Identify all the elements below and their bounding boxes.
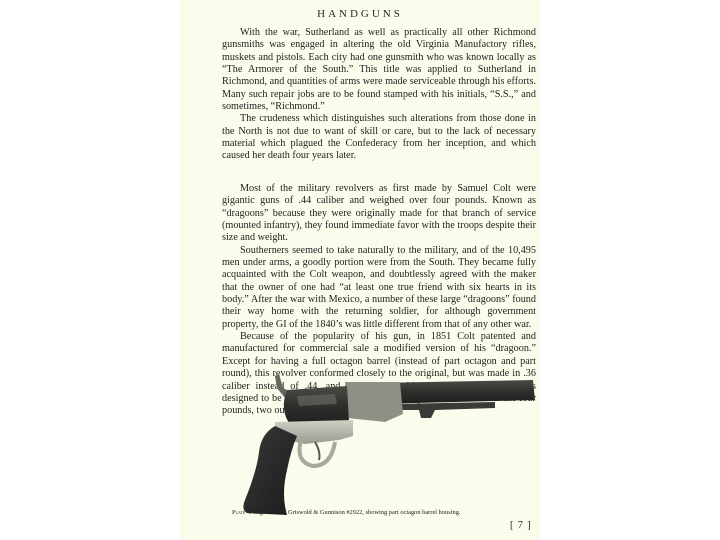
- running-head: HANDGUNS: [180, 8, 540, 20]
- plate-caption-text: Right side of Griswold & Gunnison #2922,…: [253, 509, 460, 516]
- paragraph: Southerners seemed to take naturally to …: [222, 245, 536, 331]
- paragraph: With the war, Sutherland as well as prac…: [222, 27, 536, 113]
- revolver-photo: [235, 370, 535, 520]
- page-number: [ 7 ]: [510, 520, 532, 531]
- plate-caption: Plate 4. Right side of Griswold & Gunnis…: [232, 509, 538, 516]
- plate-label: Plate 4.: [232, 509, 252, 516]
- book-page: HANDGUNS With the war, Sutherland as wel…: [180, 0, 540, 540]
- paragraph: The crudeness which distinguishes such a…: [222, 113, 536, 162]
- paragraph: Most of the military revolvers as first …: [222, 183, 536, 245]
- text-section-1: With the war, Sutherland as well as prac…: [222, 27, 536, 163]
